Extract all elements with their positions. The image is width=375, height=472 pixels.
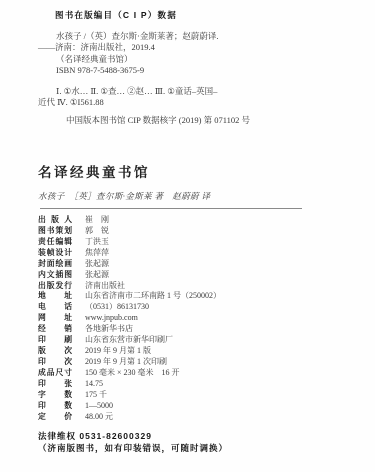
colophon-value: 175 千 [85,390,107,399]
colophon-label: 责任编辑 [38,237,72,248]
legal-rights-block: 法律维权 0531-82600329 （济南版图书，如有印装错误，可随时调换） [38,430,347,454]
colophon-row-word-count: 字数175 千 [38,390,347,401]
colophon-label: 印次 [38,357,72,368]
colophon-value: 焦萍萍 [85,248,109,257]
colophon-label: 内文插图 [38,270,72,281]
colophon-row-impression: 印次2019 年 9 月第 1 次印刷 [38,357,347,368]
colophon-label: 印刷 [38,335,72,346]
legal-hotline-line: 法律维权 0531-82600329 [38,430,347,442]
colophon-label: 装帧设计 [38,248,72,259]
cip-class-line-1: Ⅰ. ①水… Ⅱ. ①查… ②赵… Ⅲ. ①童话–英国– [38,86,347,97]
colophon-row-interior-art: 内文插图张起源 [38,270,347,281]
colophon-value: 崔 刚 [85,215,109,224]
cip-description-block: 水孩子 /（英）查尔斯·金斯莱著；赵蔚蔚译. ——济南：济南出版社，2019.4… [38,31,347,77]
legal-exchange-line: （济南版图书，如有印装错误，可随时调换） [38,442,347,454]
colophon-row-distribution: 经销各地新华书店 [38,324,347,335]
colophon-label: 版次 [38,346,72,357]
colophon-row-phone: 电话（0531）86131730 [38,302,347,313]
colophon-value: 郭 锐 [85,226,109,235]
colophon-value: 济南出版社 [85,281,125,290]
colophon-row-trim-size: 成品尺寸150 毫米 × 230 毫米 16 开 [38,368,347,379]
cip-series-line: （名译经典童书馆） [38,54,347,65]
colophon-label: 印张 [38,379,72,390]
cip-classification-block: Ⅰ. ①水… Ⅱ. ①查… ②赵… Ⅲ. ①童话–英国– 近代 Ⅳ. ①I561… [38,86,347,108]
colophon-row-website: 网址www.jnpub.com [38,313,347,324]
colophon-label: 封面绘画 [38,259,72,270]
colophon-table: 出版人崔 刚 图书策划郭 锐 责任编辑丁洪玉 装帧设计焦萍萍 封面绘画张起源 内… [38,215,347,423]
colophon-row-print-run: 印数1—5000 [38,401,347,412]
colophon-row-editor: 责任编辑丁洪玉 [38,237,347,248]
colophon-label: 网址 [38,313,72,324]
colophon-value: 山东省东营市新华印刷厂 [85,335,173,344]
colophon-value: 丁洪玉 [85,237,109,246]
colophon-row-cover-art: 封面绘画张起源 [38,259,347,270]
colophon-value: 1—5000 [85,401,113,410]
colophon-row-designer: 装帧设计焦萍萍 [38,248,347,259]
colophon-row-edition: 版次2019 年 9 月第 1 版 [38,346,347,357]
colophon-row-address: 地址山东省济南市二环南路 1 号（250002） [38,291,347,302]
colophon-value: 2019 年 9 月第 1 次印刷 [85,357,167,366]
cip-title-line: 水孩子 /（英）查尔斯·金斯莱著；赵蔚蔚译. [38,31,347,42]
colophon-value: 150 毫米 × 230 毫米 16 开 [85,368,180,377]
colophon-row-price: 定价48.00 元 [38,412,347,423]
colophon-value: 14.75 [85,379,103,388]
colophon-label: 电话 [38,302,72,313]
colophon-label: 印数 [38,401,72,412]
colophon-value: 山东省济南市二环南路 1 号（250002） [85,291,221,300]
colophon-row-printing-house: 印刷山东省东营市新华印刷厂 [38,335,347,346]
colophon-label: 出版人 [38,215,72,226]
colophon-label: 经销 [38,324,72,335]
colophon-value: www.jnpub.com [85,313,138,322]
cip-isbn-line: ISBN 978-7-5488-3675-9 [38,65,347,76]
colophon-label: 字数 [38,390,72,401]
colophon-row-publisher-person: 出版人崔 刚 [38,215,347,226]
colophon-label: 地址 [38,291,72,302]
colophon-label: 出版发行 [38,281,72,292]
colophon-value: 各地新华书店 [85,324,133,333]
cip-record-number: 中国版本图书馆 CIP 数据核字 (2019) 第 071102 号 [66,114,347,126]
colophon-value: 48.00 元 [85,412,113,421]
colophon-row-book-planner: 图书策划郭 锐 [38,226,347,237]
colophon-value: 张起源 [85,259,109,268]
colophon-row-publisher: 出版发行济南出版社 [38,281,347,292]
series-title: 名译经典童书馆 [38,161,347,181]
cip-class-line-2: 近代 Ⅳ. ①I561.88 [38,97,347,108]
colophon-value: 2019 年 9 月第 1 版 [85,346,151,355]
colophon-value: （0531）86131730 [85,302,149,311]
colophon-label: 图书策划 [38,226,72,237]
cip-header: 图书在版编目（C I P）数据 [55,9,347,21]
book-author-line: 水孩子 ［英］查尔斯·金斯莱 著 赵蔚蔚 译 [38,190,347,202]
colophon-value: 张起源 [85,270,109,279]
divider-rule [40,208,302,209]
copyright-page: 图书在版编目（C I P）数据 水孩子 /（英）查尔斯·金斯莱著；赵蔚蔚译. —… [0,0,375,472]
colophon-label: 成品尺寸 [38,368,72,379]
colophon-label: 定价 [38,412,72,423]
colophon-row-sheets: 印张14.75 [38,379,347,390]
cip-publisher-line: ——济南：济南出版社，2019.4 [38,42,347,53]
